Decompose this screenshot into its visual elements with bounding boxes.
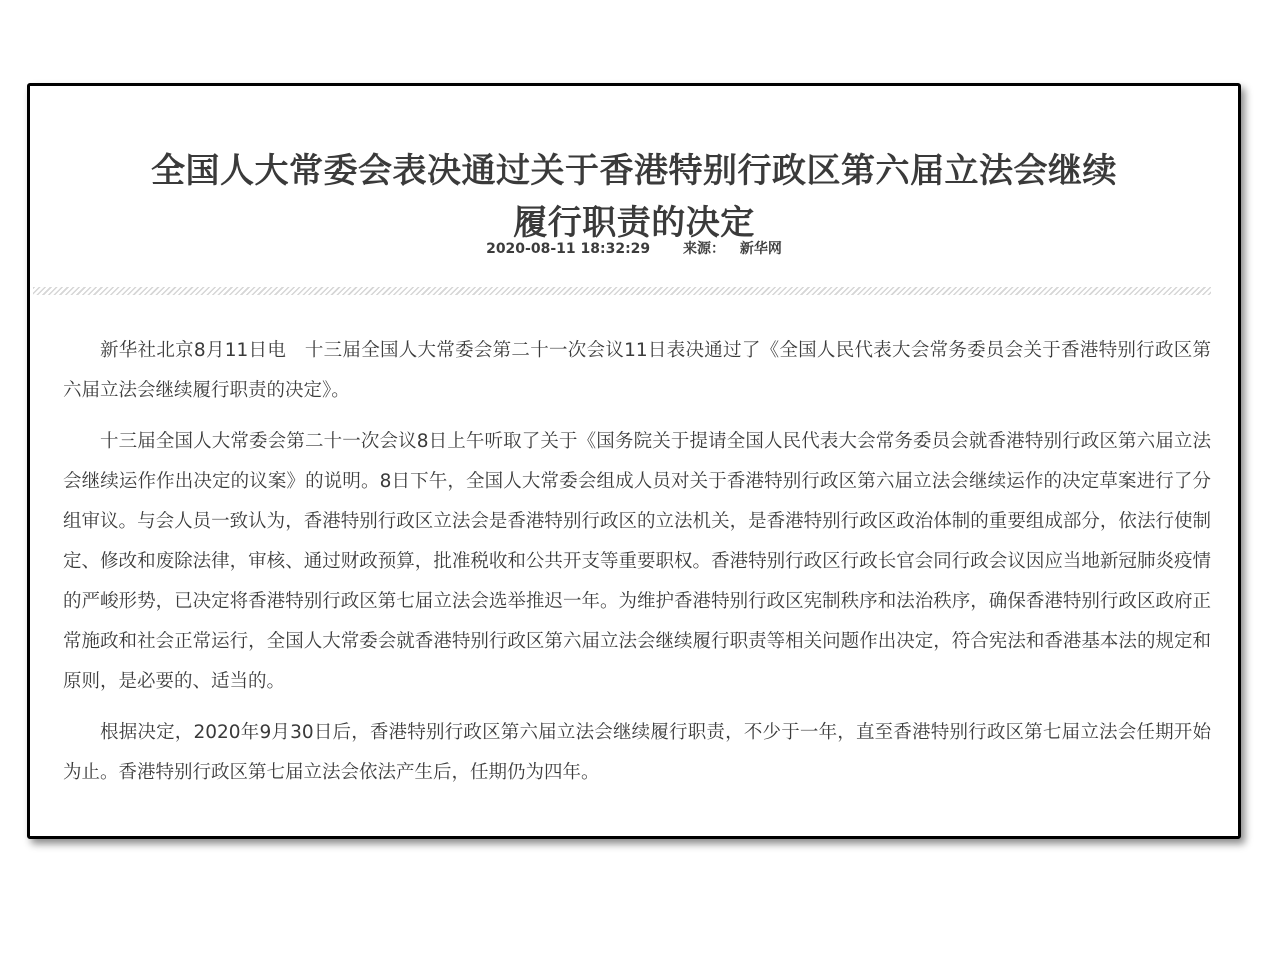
paragraph-2: 十三届全国人大常委会第二十一次会议8日上午听取了关于《国务院关于提请全国人民代表… [63,422,1211,702]
article-title-line-1: 全国人大常委会表决通过关于香港特别行政区第六届立法会继续 [30,145,1238,197]
paragraph-3: 根据决定，2020年9月30日后，香港特别行政区第六届立法会继续履行职责，不少于… [63,713,1211,793]
paragraph-1: 新华社北京8月11日电 十三届全国人大常委会第二十一次会议11日表决通过了《全国… [63,331,1211,411]
article-body: 新华社北京8月11日电 十三届全国人大常委会第二十一次会议11日表决通过了《全国… [63,331,1211,804]
source-name: 新华网 [740,241,782,257]
article-frame: 全国人大常委会表决通过关于香港特别行政区第六届立法会继续 履行职责的决定 202… [27,83,1241,839]
article-title: 全国人大常委会表决通过关于香港特别行政区第六届立法会继续 履行职责的决定 [30,145,1238,249]
publish-datetime: 2020-08-11 18:32:29 [486,241,650,257]
hatched-divider [33,287,1211,295]
article-meta: 2020-08-11 18:32:29 来源： 新华网 [30,239,1238,259]
source-label: 来源： [683,241,725,257]
